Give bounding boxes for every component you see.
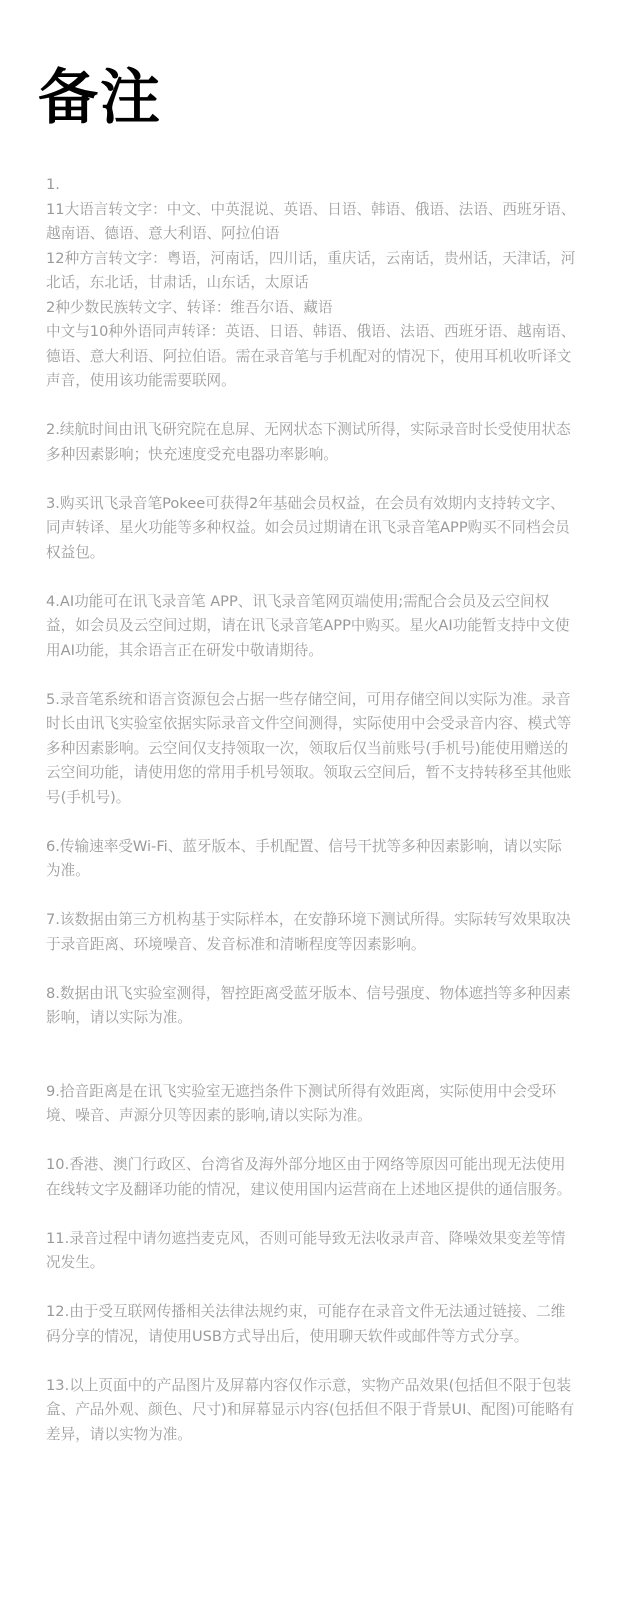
- note-1: 1. 11大语言转文字：中文、中英混说、英语、日语、韩语、俄语、法语、西班牙语、…: [46, 173, 576, 394]
- notes-list: 1. 11大语言转文字：中文、中英混说、英语、日语、韩语、俄语、法语、西班牙语、…: [46, 173, 576, 1472]
- note-7: 7.该数据由第三方机构基于实际样本，在安静环境下测试所得。实际转写效果取决于录音…: [46, 908, 576, 957]
- note-1-simultaneous-translation: 中文与10种外语同声转译：英语、日语、韩语、俄语、法语、西班牙语、越南语、德语、…: [46, 320, 576, 394]
- note-12: 12.由于受互联网传播相关法律法规约束，可能存在录音文件无法通过链接、二维码分享…: [46, 1300, 576, 1349]
- note-4: 4.AI功能可在讯飞录音笔 APP、讯飞录音笔网页端使用;需配合会员及云空间权益…: [46, 590, 576, 664]
- note-6: 6.传输速率受Wi-Fi、蓝牙版本、手机配置、信号干扰等多种因素影响，请以实际为…: [46, 835, 576, 884]
- note-3: 3.购买讯飞录音笔Pokee可获得2年基础会员权益，在会员有效期内支持转文字、同…: [46, 492, 576, 566]
- note-1-dialects: 12种方言转文字：粤语，河南话，四川话，重庆话，云南话，贵州话，天津话，河北话，…: [46, 247, 576, 296]
- note-10: 10.香港、澳门行政区、台湾省及海外部分地区由于网络等原因可能出现无法使用在线转…: [46, 1153, 576, 1202]
- note-1-languages: 11大语言转文字：中文、中英混说、英语、日语、韩语、俄语、法语、西班牙语、越南语…: [46, 198, 576, 247]
- note-2: 2.续航时间由讯飞研究院在息屏、无网状态下测试所得，实际录音时长受使用状态多种因…: [46, 418, 576, 467]
- note-8: 8.数据由讯飞实验室测得，智控距离受蓝牙版本、信号强度、物体遮挡等多种因素影响，…: [46, 982, 576, 1031]
- note-9: 9.拾音距离是在讯飞实验室无遮挡条件下测试所得有效距离，实际使用中会受环境、噪音…: [46, 1080, 576, 1129]
- note-1-minority-languages: 2种少数民族转文字、转译：维吾尔语、藏语: [46, 296, 576, 321]
- page-title: 备注: [38, 58, 162, 138]
- note-11: 11.录音过程中请勿遮挡麦克风，否则可能导致无法收录声音、降噪效果变差等情况发生…: [46, 1227, 576, 1276]
- note-1-number: 1.: [46, 173, 576, 198]
- note-13: 13.以上页面中的产品图片及屏幕内容仅作示意，实物产品效果(包括但不限于包装盒、…: [46, 1374, 576, 1448]
- note-5: 5.录音笔系统和语言资源包会占据一些存储空间，可用存储空间以实际为准。录音时长由…: [46, 688, 576, 811]
